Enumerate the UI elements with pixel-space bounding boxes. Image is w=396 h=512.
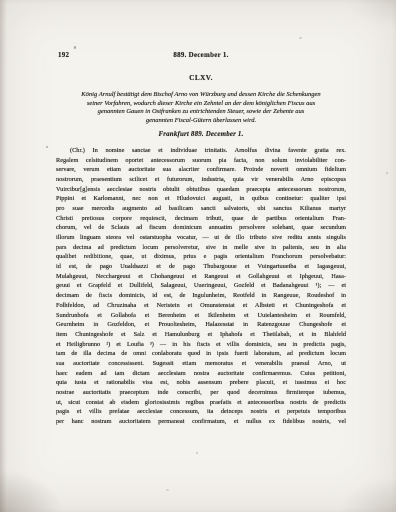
- body-line: Geurnheim in Gozfeldon, et Prouoltesheim…: [56, 320, 346, 330]
- body-line: Pippini et Karlomanni, nec non et Hludov…: [56, 194, 346, 204]
- body-line: servare, verum etiam auctoritate sua ala…: [56, 165, 346, 175]
- regest-line: genannten Fiscal-Gütern überlassen wird.: [56, 117, 346, 126]
- body-line: Christi pretiosus corpore requiescit, de…: [56, 214, 346, 224]
- body-line: Folhfeldon, ad Chruzinaha et Neristein e…: [56, 301, 346, 311]
- regest-line: genannten Gauen in Ostfranken zu entrich…: [56, 108, 346, 117]
- charter-number: CLXV.: [56, 74, 346, 82]
- body-line: Mulahgeuui, Necchargeuui et Chohangeuui …: [56, 272, 346, 282]
- body-line: item Chuningeshofe et Salz et Hamulunbur…: [56, 330, 346, 340]
- body-line: pars decima ad predictum locum persolver…: [56, 243, 346, 253]
- body-line: Regalem celsitudinem oportet antecessoru…: [56, 156, 346, 166]
- scan-speck: [166, 489, 169, 491]
- dateline: Frankfurt 889. December 1.: [56, 131, 346, 138]
- scan-speck: [386, 172, 388, 174]
- running-head: 192 889. December 1.: [56, 52, 346, 61]
- body-line: sua auctoritate concessissent. Sugessit …: [56, 359, 346, 369]
- body-line: pro suae mercedis augmento ad basilicam …: [56, 204, 346, 214]
- body-line: (Chr.) In nomine sanctae et individuae t…: [56, 146, 346, 156]
- body-line: tam de illa decima de omni conlaboratu q…: [56, 349, 346, 359]
- regest-summary: König Arnulf bestätigt dem Bischof Arno …: [56, 91, 346, 126]
- body-line: geuui et Grapfeld et Dullifeld, Salageuu…: [56, 281, 346, 291]
- body-line: Vuircibur[g]ensis aecclesiae nostris obt…: [56, 185, 346, 195]
- running-head-date: 889. December 1.: [56, 52, 346, 59]
- regest-line: König Arnulf bestätigt dem Bischof Arno …: [56, 91, 346, 100]
- body-line: quia iusta et rationabilis visa est, nob…: [56, 378, 346, 388]
- body-line: et Heiligbrunno ²) et Loufia ³) — in his…: [56, 340, 346, 350]
- body-line: ut, sicut constat ab eisdem gloriosissim…: [56, 398, 346, 408]
- body-line: pagis et villis prefatae aecclesiae conc…: [56, 407, 346, 417]
- body-line: nostrae auctoritatis praeceptum inde con…: [56, 388, 346, 398]
- body-line: qualibet redibitione, quae, ut diximus, …: [56, 252, 346, 262]
- body-line: illorum linguam steora vel ostarstuopha …: [56, 233, 346, 243]
- page-number: 192: [58, 52, 69, 59]
- body-line: decimam de fiscis dominicis, id est, de …: [56, 291, 346, 301]
- body-line: nostrorum, praesentium scilicet et futur…: [56, 175, 346, 185]
- scan-speck: [196, 452, 198, 454]
- body-line: Sundrunhofa et Gollahofa et Berenheim et…: [56, 311, 346, 321]
- body-line: haec eadem ad iam dictam aecclesiam nost…: [56, 369, 346, 379]
- scan-speck: [299, 37, 302, 39]
- body-line: per hanc nostram auctoritatem permaneat …: [56, 417, 346, 427]
- document-page: 192 889. December 1. CLXV. König Arnulf …: [0, 0, 396, 512]
- scan-speck: [46, 146, 48, 148]
- body-line: id est, de pago Uualdsazzi et de pago Th…: [56, 262, 346, 272]
- body-line: chorum, vel de Sclauis ad fiscum dominic…: [56, 223, 346, 233]
- charter-body: (Chr.) In nomine sanctae et individuae t…: [56, 146, 346, 427]
- scan-speck: [74, 46, 77, 50]
